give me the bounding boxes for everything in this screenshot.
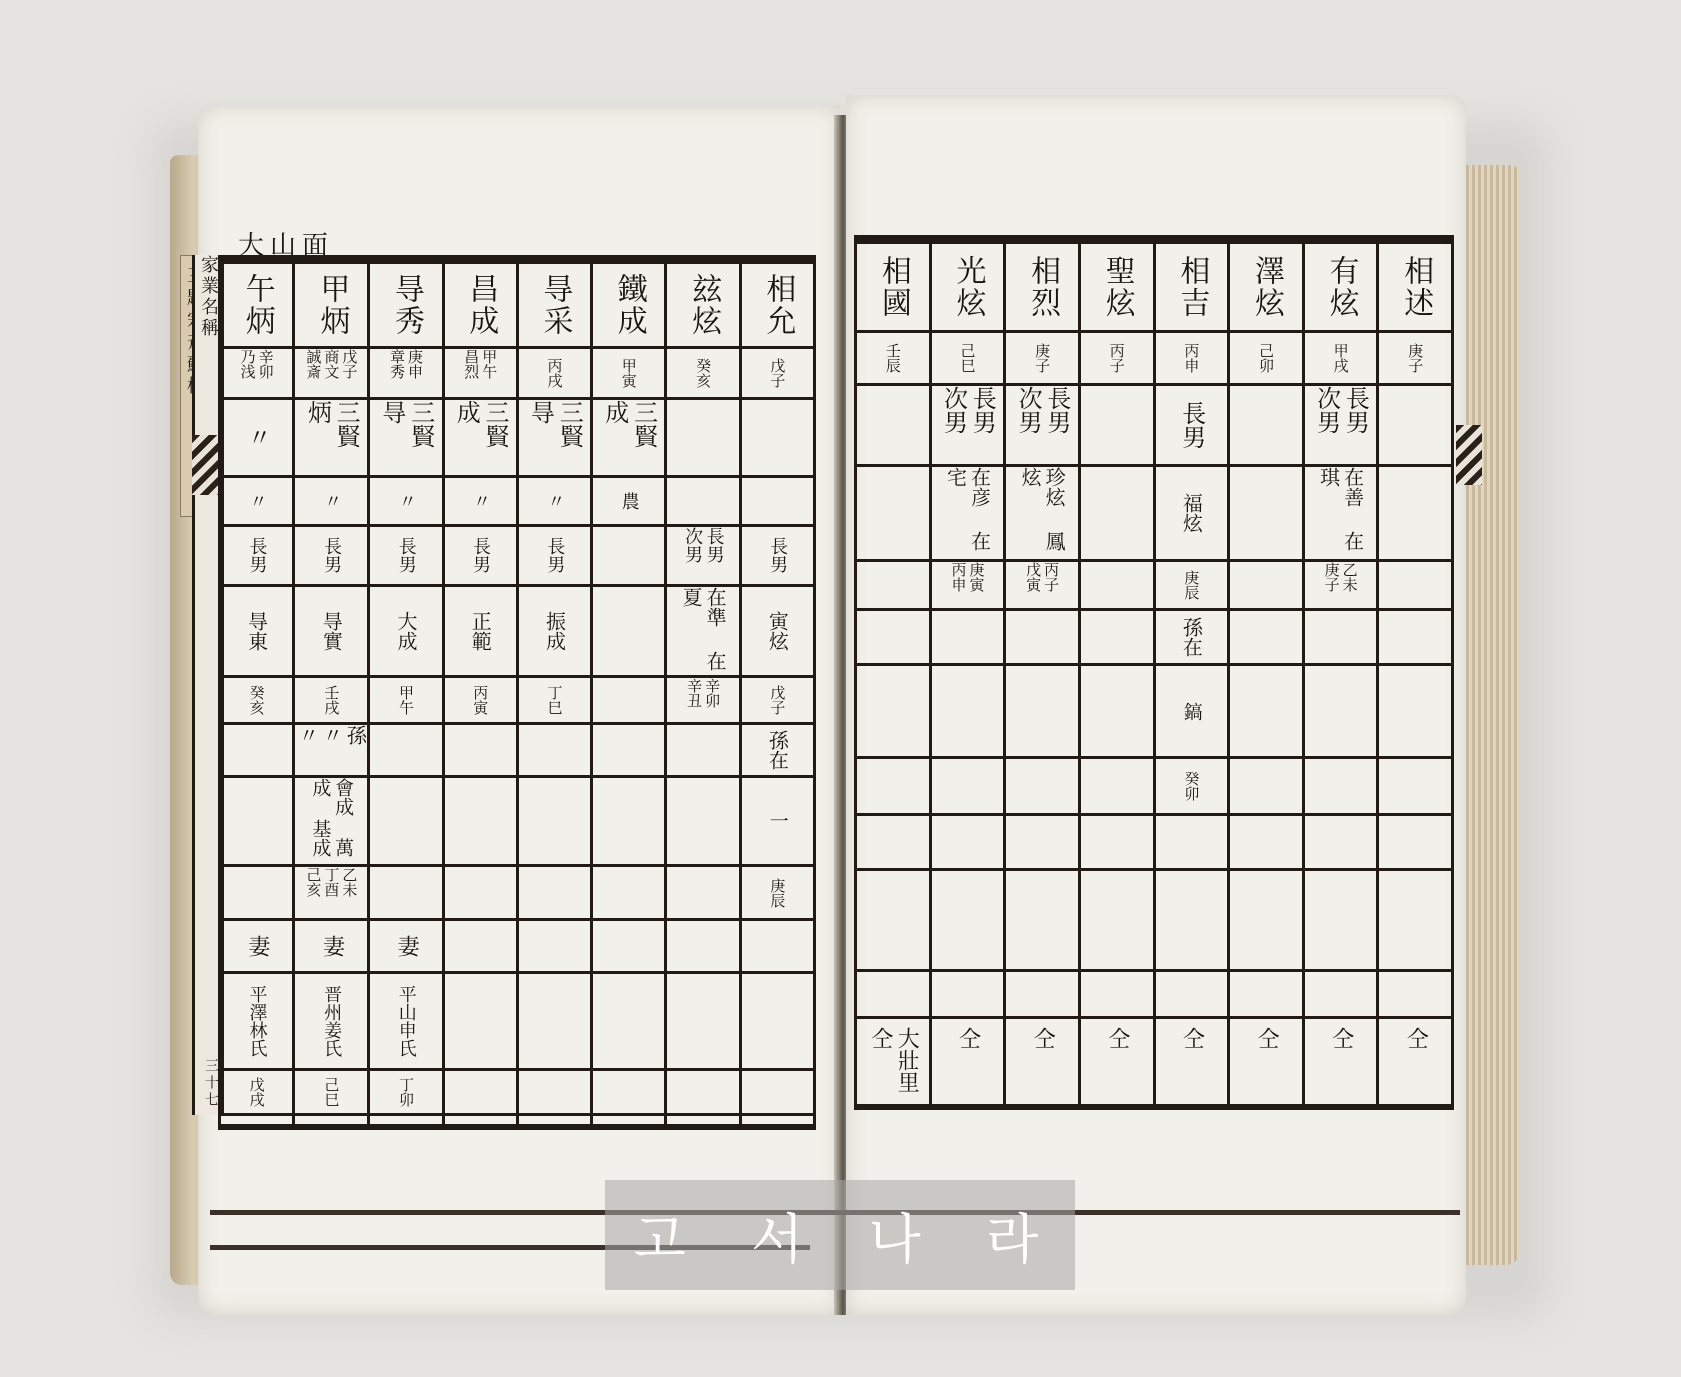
cell-grand-name	[445, 778, 516, 867]
cell-son-label: 長男 次男	[1006, 386, 1078, 467]
cell-wife-year: 丁卯	[370, 1071, 441, 1116]
cell-son-name: 㝵實	[295, 587, 367, 678]
watermark-char: 나	[869, 1197, 929, 1274]
cell-son-year: 甲午	[370, 678, 441, 725]
cell-son-name: 在彦 在宅	[932, 467, 1004, 562]
cell-son-year: 乙未 庚子	[1305, 562, 1377, 611]
cell-name: 午炳	[221, 264, 292, 349]
cell-name: 㝵秀	[370, 264, 441, 349]
cell-ditto	[667, 478, 738, 527]
cell-grand-year	[1081, 759, 1153, 816]
cell-wife	[1156, 816, 1228, 871]
cell-wife-clan: 平澤林氏	[221, 974, 292, 1071]
cell-grand-name	[221, 778, 292, 867]
cell-son-year	[1230, 562, 1302, 611]
cell-wife	[1081, 871, 1153, 972]
cell-honor	[742, 400, 813, 478]
cell-grand-year	[593, 867, 664, 922]
cell-place: 仝	[1305, 1019, 1377, 1104]
cell-wife-clan: 平山申氏	[370, 974, 441, 1071]
table-column: 相國壬辰大壯里 仝	[854, 244, 929, 1104]
cell-son-label: 長男	[742, 527, 813, 587]
margin-label-text: 家業名稱	[198, 255, 219, 339]
cell-wife-year	[593, 1071, 664, 1116]
cell-son-year: 辛卯 辛丑	[667, 678, 738, 725]
cell-grand-label: 孫在	[1156, 611, 1228, 666]
cell-grand-label	[1006, 611, 1078, 666]
cell-name: 甲炳	[295, 264, 367, 349]
cell-grand-year	[667, 867, 738, 922]
genealogy-table-left: 相允戊子長男寅炫戊子孫在一庚辰仝玆炫癸亥長男 次男在準 在夏辛卯 辛丑仝鐵成甲寅…	[218, 255, 816, 1130]
cell-honor: 三賢 成	[445, 400, 516, 478]
cell-birth: 己巳	[932, 333, 1004, 386]
cell-honor: 三賢 成	[593, 400, 664, 478]
cell-wife	[1006, 816, 1078, 871]
cell-wife-year	[667, 1071, 738, 1116]
cell-son-name: 寅炫	[742, 587, 813, 678]
cell-wife	[1379, 871, 1451, 972]
cell-wife-clan	[593, 974, 664, 1071]
cell-wife	[857, 972, 929, 1019]
cell-place: 仝	[519, 1116, 590, 1124]
cell-wife	[1081, 816, 1153, 871]
cell-ditto: 〃	[370, 478, 441, 527]
cell-grand-label: 孫在	[742, 725, 813, 778]
cell-son-year: 丁巳	[519, 678, 590, 725]
cell-wife-year	[519, 1071, 590, 1116]
cell-place: 大壯里 仝	[857, 1019, 929, 1104]
cell-honor: 三賢 㝵	[370, 400, 441, 478]
table-column: 㝵秀庚申 章秀三賢 㝵〃長男大成甲午妻平山申氏丁卯海龍里 仝	[367, 264, 441, 1124]
cell-birth: 辛卯 乃浅	[221, 349, 292, 400]
cell-ditto: 〃	[445, 478, 516, 527]
cell-grand-year	[519, 867, 590, 922]
table-column: 有炫甲戌長男 次男在善 在琪乙未 庚子仝	[1302, 244, 1377, 1104]
cell-son-year: 丙子 戊寅	[1006, 562, 1078, 611]
cell-birth: 己卯	[1230, 333, 1302, 386]
cell-grand-year	[1379, 759, 1451, 816]
table-column: 相允戊子長男寅炫戊子孫在一庚辰仝	[739, 264, 816, 1124]
cell-son-name: 福炫	[1156, 467, 1228, 562]
table-column: 澤炫己卯仝	[1227, 244, 1302, 1104]
table-column: 相述庚子仝	[1376, 244, 1454, 1104]
cell-grand-label	[857, 611, 929, 666]
cell-son-label: 長男 次男	[667, 527, 738, 587]
cell-birth: 丙申	[1156, 333, 1228, 386]
cell-son-year	[1379, 562, 1451, 611]
cell-grand-year	[857, 759, 929, 816]
cell-son-label	[593, 527, 664, 587]
cell-son-label: 長男	[295, 527, 367, 587]
cell-grand-name	[1305, 666, 1377, 759]
cell-wife-year	[445, 1071, 516, 1116]
cell-son-year: 丙寅	[445, 678, 516, 725]
cell-wife-year: 己巳	[295, 1071, 367, 1116]
cell-wife	[932, 972, 1004, 1019]
cell-wife-clan	[742, 974, 813, 1071]
cell-honor: 三賢 㝵	[519, 400, 590, 478]
cell-birth: 丙戌	[519, 349, 590, 400]
cell-wife	[1156, 871, 1228, 972]
cell-wife	[857, 816, 929, 871]
cell-son-year: 庚辰	[1156, 562, 1228, 611]
cell-wife	[1081, 972, 1153, 1019]
cell-son-name	[593, 587, 664, 678]
cell-birth: 庚申 章秀	[370, 349, 441, 400]
cell-grand-label	[1305, 611, 1377, 666]
cell-place: 仝	[1081, 1019, 1153, 1104]
cell-grand-name	[593, 778, 664, 867]
cell-grand-label	[370, 725, 441, 778]
cell-son-name	[1081, 467, 1153, 562]
cell-son-label	[1230, 386, 1302, 467]
cell-wife	[1230, 972, 1302, 1019]
fish-tail-ornament-right	[1456, 425, 1482, 485]
table-column: 相吉丙申長男福炫庚辰孫在鎬癸卯仝	[1153, 244, 1228, 1104]
cell-grand-label	[593, 725, 664, 778]
cell-grand-year	[221, 867, 292, 922]
cell-name: 澤炫	[1230, 244, 1302, 333]
table-column: 聖炫丙子仝	[1078, 244, 1153, 1104]
cell-place: 仝	[1379, 1019, 1451, 1104]
cell-son-name	[857, 467, 929, 562]
cell-name: 相烈	[1006, 244, 1078, 333]
cell-wife	[1379, 972, 1451, 1019]
cell-grand-year	[1305, 759, 1377, 816]
cell-son-year: 壬戌	[295, 678, 367, 725]
cell-grand-year: 庚辰	[742, 867, 813, 922]
cell-grand-year	[1230, 759, 1302, 816]
cell-son-label: 長男	[519, 527, 590, 587]
cell-name: 㝵采	[519, 264, 590, 349]
cell-wife	[1230, 871, 1302, 972]
cell-son-name: 大成	[370, 587, 441, 678]
cell-son-label: 長男	[370, 527, 441, 587]
cell-wife: 妻	[221, 921, 292, 974]
cell-grand-label	[932, 611, 1004, 666]
cell-birth: 癸亥	[667, 349, 738, 400]
cell-birth: 壬辰	[857, 333, 929, 386]
cell-son-name	[1230, 467, 1302, 562]
book-right-edge	[1460, 165, 1520, 1265]
cell-grand-label	[1230, 611, 1302, 666]
cell-grand-name	[1081, 666, 1153, 759]
table-column: 午炳辛卯 乃浅〃〃長男㝵東癸亥妻平澤林氏戊戌仝	[218, 264, 292, 1124]
cell-place: 仝	[667, 1116, 738, 1124]
cell-birth: 戊子	[742, 349, 813, 400]
cell-grand-label	[1081, 611, 1153, 666]
cell-grand-name: 鎬	[1156, 666, 1228, 759]
cell-name: 昌成	[445, 264, 516, 349]
watermark-char: 라	[986, 1197, 1046, 1274]
cell-place: 仝	[1230, 1019, 1302, 1104]
cell-name: 有炫	[1305, 244, 1377, 333]
cell-son-label: 長男	[445, 527, 516, 587]
cell-grand-name: 一	[742, 778, 813, 867]
open-book: 三題宗斎蘇校 大山面 家業名稱 三十七 相允戊子長男寅炫戊子孫在一庚辰仝玆炫癸亥…	[170, 95, 1520, 1325]
cell-son-label	[1379, 386, 1451, 467]
cell-son-name: 在善 在琪	[1305, 467, 1377, 562]
cell-birth: 甲戌	[1305, 333, 1377, 386]
cell-wife	[1305, 972, 1377, 1019]
cell-wife-clan	[667, 974, 738, 1071]
cell-son-name: 振成	[519, 587, 590, 678]
cell-grand-year: 乙未 丁酉 己亥	[295, 867, 367, 922]
right-page: 相述庚子仝有炫甲戌長男 次男在善 在琪乙未 庚子仝澤炫己卯仝相吉丙申長男福炫庚辰…	[846, 95, 1466, 1315]
cell-son-name	[1379, 467, 1451, 562]
cell-wife	[519, 921, 590, 974]
cell-wife	[1006, 871, 1078, 972]
fish-tail-ornament	[192, 435, 218, 495]
cell-grand-label	[445, 725, 516, 778]
cell-place: 仝	[1156, 1019, 1228, 1104]
cell-grand-year	[370, 867, 441, 922]
genealogy-table-right: 相述庚子仝有炫甲戌長男 次男在善 在琪乙未 庚子仝澤炫己卯仝相吉丙申長男福炫庚辰…	[854, 235, 1454, 1110]
cell-wife	[1156, 972, 1228, 1019]
cell-place: 仝	[932, 1019, 1004, 1104]
cell-wife	[667, 921, 738, 974]
cell-wife	[742, 921, 813, 974]
watermark: 고 서 나 라	[605, 1180, 1075, 1290]
cell-place: 海龍里 仝	[370, 1116, 441, 1124]
cell-grand-name	[519, 778, 590, 867]
table-column: 昌成甲午 昌烈三賢 成〃長男正範丙寅仝	[442, 264, 516, 1124]
cell-grand-year: 癸卯	[1156, 759, 1228, 816]
cell-wife	[1305, 871, 1377, 972]
table-column: 光炫己巳長男 次男在彦 在宅庚寅 丙申仝	[929, 244, 1004, 1104]
cell-ditto	[742, 478, 813, 527]
cell-place: 仝	[295, 1116, 367, 1124]
cell-wife	[1006, 972, 1078, 1019]
cell-son-label: 長男	[1156, 386, 1228, 467]
cell-son-year	[593, 678, 664, 725]
cell-grand-name	[857, 666, 929, 759]
cell-wife-clan	[519, 974, 590, 1071]
cell-grand-name	[1379, 666, 1451, 759]
cell-birth: 庚子	[1006, 333, 1078, 386]
cell-name: 聖炫	[1081, 244, 1153, 333]
cell-place: 仝	[1006, 1019, 1078, 1104]
cell-wife	[857, 871, 929, 972]
cell-ditto: 農	[593, 478, 664, 527]
cell-ditto: 〃	[295, 478, 367, 527]
cell-son-label	[1081, 386, 1153, 467]
cell-grand-label	[519, 725, 590, 778]
cell-son-year	[857, 562, 929, 611]
cell-place: 春山里 仝	[593, 1116, 664, 1124]
cell-wife	[1230, 816, 1302, 871]
cell-son-name: 在準 在夏	[667, 587, 738, 678]
cell-son-label: 長男 次男	[1305, 386, 1377, 467]
cell-son-name: 㝵東	[221, 587, 292, 678]
watermark-char: 서	[751, 1197, 811, 1274]
cell-name: 鐵成	[593, 264, 664, 349]
cell-grand-year	[445, 867, 516, 922]
cell-son-name: 正範	[445, 587, 516, 678]
table-column: 玆炫癸亥長男 次男在準 在夏辛卯 辛丑仝	[664, 264, 738, 1124]
cell-son-name: 珍炫 鳳炫	[1006, 467, 1078, 562]
table-column: 相烈庚子長男 次男珍炫 鳳炫丙子 戊寅仝	[1003, 244, 1078, 1104]
cell-grand-name	[1006, 666, 1078, 759]
cell-son-year	[1081, 562, 1153, 611]
cell-wife	[932, 871, 1004, 972]
cell-son-label: 長男 次男	[932, 386, 1004, 467]
cell-name: 相允	[742, 264, 813, 349]
cell-name: 玆炫	[667, 264, 738, 349]
cell-honor: 〃	[221, 400, 292, 478]
left-page: 大山面 家業名稱 三十七 相允戊子長男寅炫戊子孫在一庚辰仝玆炫癸亥長男 次男在準…	[198, 105, 840, 1315]
cell-name: 光炫	[932, 244, 1004, 333]
table-column: 甲炳戊子 商文 誠斎三賢 炳〃長男㝵實壬戌孫 〃 〃會成 萬成 基成乙未 丁酉 …	[292, 264, 367, 1124]
cell-grand-year	[932, 759, 1004, 816]
cell-wife-clan: 晋州姜氏	[295, 974, 367, 1071]
cell-grand-label: 孫 〃 〃	[295, 725, 367, 778]
cell-grand-name: 會成 萬成 基成	[295, 778, 367, 867]
cell-birth: 庚子	[1379, 333, 1451, 386]
cell-birth: 丙子	[1081, 333, 1153, 386]
cell-birth: 戊子 商文 誠斎	[295, 349, 367, 400]
table-column: 㝵采丙戌三賢 㝵〃長男振成丁巳仝	[516, 264, 590, 1124]
cell-grand-label	[667, 725, 738, 778]
cell-wife: 妻	[370, 921, 441, 974]
cell-ditto: 〃	[221, 478, 292, 527]
cell-birth: 甲寅	[593, 349, 664, 400]
cell-wife	[445, 921, 516, 974]
cell-grand-name	[370, 778, 441, 867]
cell-wife	[1305, 816, 1377, 871]
cell-honor	[667, 400, 738, 478]
cell-wife	[593, 921, 664, 974]
cell-wife-year	[742, 1071, 813, 1116]
cell-place: 仝	[221, 1116, 292, 1124]
cell-grand-name	[1230, 666, 1302, 759]
cell-wife-clan	[445, 974, 516, 1071]
cell-wife-year: 戊戌	[221, 1071, 292, 1116]
cell-name: 相吉	[1156, 244, 1228, 333]
cell-grand-label	[221, 725, 292, 778]
cell-wife: 妻	[295, 921, 367, 974]
watermark-char: 고	[634, 1197, 694, 1274]
cell-place: 仝	[742, 1116, 813, 1124]
cell-honor: 三賢 炳	[295, 400, 367, 478]
cell-place: 仝	[445, 1116, 516, 1124]
cell-name: 相國	[857, 244, 929, 333]
cell-ditto: 〃	[519, 478, 590, 527]
cell-son-year: 戊子	[742, 678, 813, 725]
cell-son-label	[857, 386, 929, 467]
cell-name: 相述	[1379, 244, 1451, 333]
cell-birth: 甲午 昌烈	[445, 349, 516, 400]
cell-son-label: 長男	[221, 527, 292, 587]
table-column: 鐵成甲寅三賢 成農春山里 仝	[590, 264, 664, 1124]
cell-grand-year	[1006, 759, 1078, 816]
cell-wife	[1379, 816, 1451, 871]
cell-grand-name	[667, 778, 738, 867]
cell-grand-name	[932, 666, 1004, 759]
cell-wife	[932, 816, 1004, 871]
cell-son-year: 癸亥	[221, 678, 292, 725]
cell-grand-label	[1379, 611, 1451, 666]
cell-son-year: 庚寅 丙申	[932, 562, 1004, 611]
